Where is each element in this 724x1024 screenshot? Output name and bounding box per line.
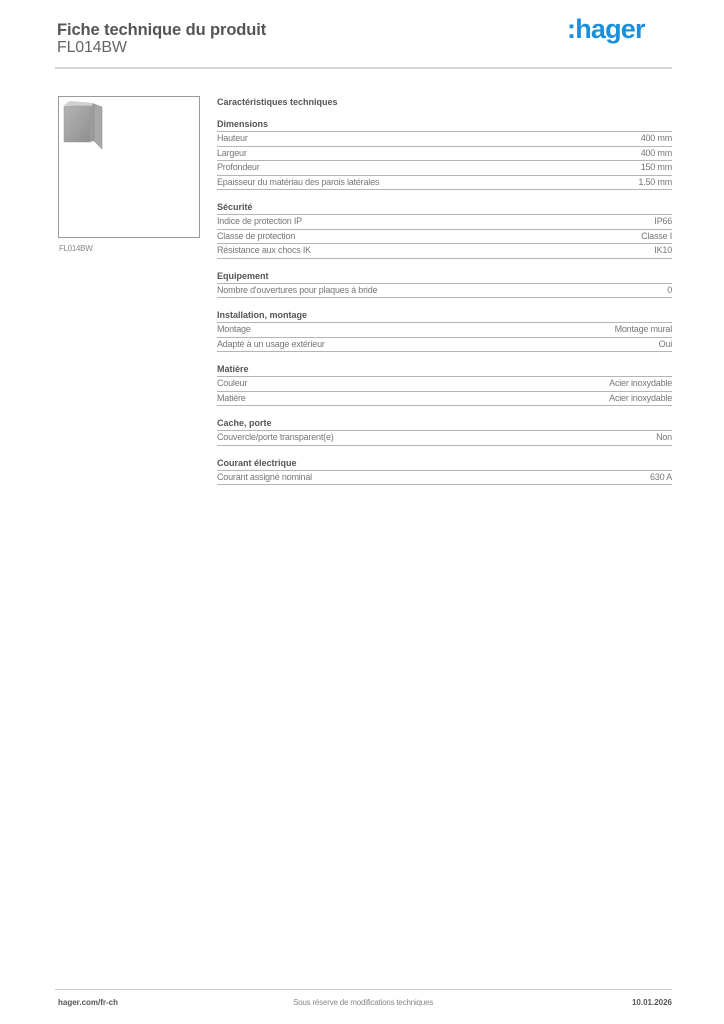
- spec-group-title: Sécurité: [217, 201, 672, 215]
- spec-label: Matière: [217, 392, 246, 406]
- spec-value: 1.50 mm: [638, 176, 672, 190]
- spec-row: Hauteur400 mm: [217, 132, 672, 147]
- spec-value: 0: [667, 284, 672, 298]
- spec-label: Couleur: [217, 377, 247, 391]
- spec-groups: DimensionsHauteur400 mmLargeur400 mmProf…: [217, 118, 672, 485]
- spec-value: Acier inoxydable: [609, 392, 672, 406]
- spec-group: Installation, montageMontageMontage mura…: [217, 309, 672, 352]
- header-divider: [55, 67, 672, 69]
- spec-value: Oui: [659, 338, 672, 352]
- spec-group: DimensionsHauteur400 mmLargeur400 mmProf…: [217, 118, 672, 190]
- product-image-caption: FL014BW: [59, 244, 92, 253]
- spec-value: 150 mm: [641, 161, 672, 175]
- footer-website: hager.com/fr-ch: [58, 998, 118, 1007]
- spec-label: Courant assigné nominal: [217, 471, 312, 485]
- spec-value: 400 mm: [641, 147, 672, 161]
- hager-logo: :hager: [567, 14, 645, 45]
- spec-label: Indice de protection IP: [217, 215, 302, 229]
- spec-value: Classe I: [641, 230, 672, 244]
- spec-group: EquipementNombre d'ouvertures pour plaqu…: [217, 270, 672, 299]
- spec-row: Adapté à un usage extérieurOui: [217, 338, 672, 353]
- technical-specs: Caractéristiques techniques DimensionsHa…: [217, 96, 672, 496]
- spec-row: Indice de protection IPIP66: [217, 215, 672, 230]
- spec-group-title: Cache, porte: [217, 417, 672, 431]
- spec-row: MontageMontage mural: [217, 323, 672, 338]
- spec-group-title: Equipement: [217, 270, 672, 284]
- spec-row: Epaisseur du matériau des parois latéral…: [217, 176, 672, 191]
- spec-value: Acier inoxydable: [609, 377, 672, 391]
- spec-label: Montage: [217, 323, 251, 337]
- page-title: Fiche technique du produit: [57, 21, 266, 40]
- footer-date: 10.01.2026: [632, 998, 672, 1007]
- spec-group-title: Dimensions: [217, 118, 672, 132]
- spec-value: Montage mural: [615, 323, 672, 337]
- spec-label: Classe de protection: [217, 230, 295, 244]
- spec-row: Couvercle/porte transparent(e)Non: [217, 431, 672, 446]
- spec-row: CouleurAcier inoxydable: [217, 377, 672, 392]
- spec-label: Adapté à un usage extérieur: [217, 338, 325, 352]
- spec-label: Profondeur: [217, 161, 260, 175]
- spec-group-title: Courant électrique: [217, 457, 672, 471]
- spec-row: MatièreAcier inoxydable: [217, 392, 672, 407]
- spec-row: Largeur400 mm: [217, 147, 672, 162]
- spec-row: Nombre d'ouvertures pour plaques à bride…: [217, 284, 672, 299]
- spec-label: Couvercle/porte transparent(e): [217, 431, 334, 445]
- spec-label: Epaisseur du matériau des parois latéral…: [217, 176, 379, 190]
- specs-title: Caractéristiques techniques: [217, 96, 672, 118]
- spec-row: Résistance aux chocs IKIK10: [217, 244, 672, 259]
- product-code: FL014BW: [57, 39, 127, 57]
- product-image-frame: [58, 96, 200, 238]
- footer-disclaimer: Sous réserve de modifications techniques: [293, 998, 433, 1007]
- spec-row: Courant assigné nominal630 A: [217, 471, 672, 486]
- spec-value: Non: [656, 431, 672, 445]
- spec-row: Profondeur150 mm: [217, 161, 672, 176]
- spec-label: Nombre d'ouvertures pour plaques à bride: [217, 284, 377, 298]
- spec-group: SécuritéIndice de protection IPIP66Class…: [217, 201, 672, 259]
- spec-group: MatièreCouleurAcier inoxydableMatièreAci…: [217, 363, 672, 406]
- spec-group: Courant électriqueCourant assigné nomina…: [217, 457, 672, 486]
- footer-divider: [55, 989, 672, 990]
- spec-label: Hauteur: [217, 132, 248, 146]
- spec-row: Classe de protectionClasse I: [217, 230, 672, 245]
- spec-group: Cache, porteCouvercle/porte transparent(…: [217, 417, 672, 446]
- spec-label: Résistance aux chocs IK: [217, 244, 311, 258]
- spec-group-title: Installation, montage: [217, 309, 672, 323]
- spec-value: 630 A: [650, 471, 672, 485]
- spec-label: Largeur: [217, 147, 247, 161]
- spec-value: 400 mm: [641, 132, 672, 146]
- spec-group-title: Matière: [217, 363, 672, 377]
- spec-value: IP66: [654, 215, 672, 229]
- product-image: [62, 101, 104, 149]
- spec-value: IK10: [654, 244, 672, 258]
